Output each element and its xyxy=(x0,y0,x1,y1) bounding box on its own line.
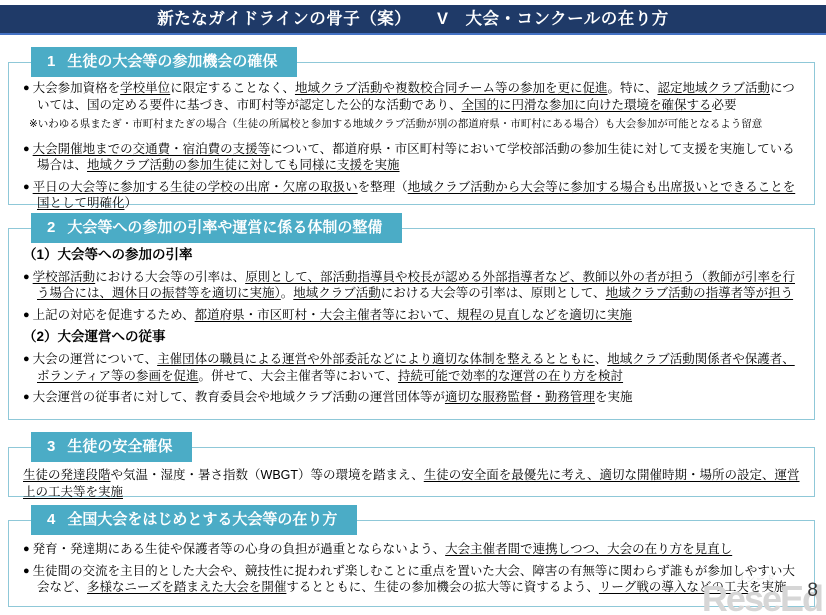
section-number: 3 xyxy=(47,438,55,455)
text-segment: （1）大会等への参加の引率 xyxy=(23,247,193,262)
section-heading-badge: 1生徒の大会等の参加機会の確保 xyxy=(31,47,297,77)
section-heading-badge: 2大会等への参加の引率や運営に係る体制の整備 xyxy=(31,213,402,243)
text-segment: 地域クラブ活動の指導者等が担う xyxy=(606,286,794,300)
subsection-heading: （1）大会等への参加の引率 xyxy=(23,246,804,264)
slide: 新たなガイドラインの骨子（案） V 大会・コンクールの在り方 1生徒の大会等の参… xyxy=(0,0,826,615)
bullet-item: ●学校部活動における大会等の引率は、原則として、部活動指導員や校長が認める外部指… xyxy=(23,269,804,302)
text-segment: ※いわゆる県またぎ・市町村またぎの場合（生徒の所属校と参加する地域クラブ活動が別… xyxy=(29,118,762,130)
text-segment: 大会運営の従事者に対して、教育委員会や地域クラブ活動の運営団体等が xyxy=(33,390,445,404)
section-content: （1）大会等への参加の引率●学校部活動における大会等の引率は、原則として、部活動… xyxy=(9,229,814,406)
text-segment: に限定することなく、 xyxy=(170,81,295,95)
text-segment: 都道府県・市区町村・大会主催者等において、規程の見直しなどを適切に実施 xyxy=(195,308,632,322)
section-number: 1 xyxy=(47,53,55,70)
page-number: 8 xyxy=(807,580,818,602)
note-text: ※いわゆる県またぎ・市町村またぎの場合（生徒の所属校と参加する地域クラブ活動が別… xyxy=(29,118,804,132)
text-segment: 地域クラブ活動や複数校合同チーム等の参加を更に促進 xyxy=(295,81,608,95)
section-box: 4全国大会をはじめとする大会等の在り方●発育・発達期にある生徒や保護者等の心身の… xyxy=(8,520,815,607)
text-segment: 認定地域クラブ活動 xyxy=(657,81,770,95)
text-segment: 。併せて、大会主催者等において、 xyxy=(199,369,399,383)
text-segment: 適切な服務監督・勤務管理 xyxy=(445,390,595,404)
text-segment: 全国的に円滑な参加に向けた環境を確保する xyxy=(462,98,712,112)
text-segment: 持続可能で効率的な運営の在り方を検討 xyxy=(398,369,623,383)
bullet-icon: ● xyxy=(23,391,30,403)
text-segment: 地域クラブ活動の参加生徒に対しても同様に支援を実施 xyxy=(87,158,400,172)
bullet-item: ●大会の運営について、主催団体の職員による運営や外部委託などにより適切な体制を整… xyxy=(23,351,804,384)
text-segment: や気温・湿度・暑さ指数（WBGT）等の環境を踏まえ、 xyxy=(111,468,424,482)
bullet-item: ●大会運営の従事者に対して、教育委員会や地域クラブ活動の運営団体等が適切な服務監… xyxy=(23,389,804,406)
bullet-item: ●大会開催地までの交通費・宿泊費の支援等について、都道府県・市区町村等において学… xyxy=(23,141,804,174)
bullet-item: ●生徒間の交流を主目的とした大会や、競技性に捉われず楽しむことに重点を置いた大会… xyxy=(23,563,804,596)
bullet-item: ●大会参加資格を学校単位に限定することなく、地域クラブ活動や複数校合同チーム等の… xyxy=(23,80,804,113)
text-segment: 大会の運営について、 xyxy=(33,352,158,366)
text-segment: （2）大会運営への従事 xyxy=(23,329,166,344)
text-segment: における大会等の引率は、原則として、 xyxy=(381,286,606,300)
bullet-icon: ● xyxy=(23,309,30,321)
text-segment: を実施 xyxy=(595,390,633,404)
text-segment: を整理（ xyxy=(358,180,408,194)
bullet-icon: ● xyxy=(23,143,30,155)
bullet-item: ●平日の大会等に参加する生徒の学校の出席・欠席の取扱いを整理（地域クラブ活動から… xyxy=(23,179,804,212)
bullet-icon: ● xyxy=(23,565,30,577)
bullet-item: ●発育・発達期にある生徒や保護者等の心身の負担が過重とならないよう、大会主催者間… xyxy=(23,541,804,558)
subsection-heading: （2）大会運営への従事 xyxy=(23,328,804,346)
text-segment: 必要 xyxy=(712,98,737,112)
section-number: 2 xyxy=(47,219,55,236)
section-heading: 全国大会をはじめとする大会等の在り方 xyxy=(67,511,337,528)
text-segment: 学校部活動 xyxy=(33,270,96,284)
text-segment: するとともに、生徒の参加機会の拡大等に資するよう、 xyxy=(286,580,599,594)
text-segment: 大会参加資格を xyxy=(33,81,121,95)
text-segment: 。 xyxy=(281,286,294,300)
text-segment: 、 xyxy=(595,352,608,366)
reseed-watermark: リシード ReseEd xyxy=(702,581,822,615)
section-box: 1生徒の大会等の参加機会の確保●大会参加資格を学校単位に限定することなく、地域ク… xyxy=(8,62,815,205)
section-heading-badge: 3生徒の安全確保 xyxy=(31,432,192,462)
bullet-icon: ● xyxy=(23,271,30,283)
section-content: ●大会参加資格を学校単位に限定することなく、地域クラブ活動や複数校合同チーム等の… xyxy=(9,63,814,212)
page-title: 新たなガイドラインの骨子（案） V 大会・コンクールの在り方 xyxy=(0,5,826,35)
text-segment: 発育・発達期にある生徒や保護者等の心身の負担が過重とならないよう、 xyxy=(33,542,446,556)
text-segment: 生徒の発達段階 xyxy=(23,468,111,482)
text-segment: ） xyxy=(125,196,138,210)
bullet-icon: ● xyxy=(23,82,30,94)
text-segment: 平日の大会等に参加する生徒の学校の出席・欠席の取扱い xyxy=(33,180,358,194)
text-segment: 大会開催地までの交通費・宿泊費の支援等 xyxy=(33,142,271,156)
section-number: 4 xyxy=(47,511,55,528)
watermark-ruby: リシード xyxy=(736,575,776,584)
text-segment: 。特に、 xyxy=(607,81,657,95)
text-segment: 主催団体の職員による運営や外部委託などにより適切な体制を整えるとともに xyxy=(157,352,595,366)
section-box: 2大会等への参加の引率や運営に係る体制の整備（1）大会等への参加の引率●学校部活… xyxy=(8,228,815,420)
section-heading-badge: 4全国大会をはじめとする大会等の在り方 xyxy=(31,505,357,535)
section-heading: 生徒の安全確保 xyxy=(67,438,172,455)
section-heading: 大会等への参加の引率や運営に係る体制の整備 xyxy=(67,219,382,236)
text-segment: 地域クラブ活動 xyxy=(293,286,381,300)
text-segment: 多様なニーズを踏まえた大会を開催 xyxy=(87,580,286,594)
text-segment: 原則として、部活動指導員や校長が認める外部指導者など、教師以外の者が担う xyxy=(245,270,695,284)
text-segment: 大会主催者間で連携しつつ、大会の在り方を見直し xyxy=(445,542,732,556)
text-segment: 上記の対応を促進するため、 xyxy=(33,308,195,322)
paragraph: 生徒の発達段階や気温・湿度・暑さ指数（WBGT）等の環境を踏まえ、生徒の安全面を… xyxy=(23,467,804,500)
section-box: 3生徒の安全確保生徒の発達段階や気温・湿度・暑さ指数（WBGT）等の環境を踏まえ… xyxy=(8,447,815,497)
text-segment: 学校単位 xyxy=(120,81,170,95)
bullet-icon: ● xyxy=(23,181,30,193)
text-segment: における大会等の引率は、 xyxy=(95,270,245,284)
section-heading: 生徒の大会等の参加機会の確保 xyxy=(67,53,277,70)
bullet-icon: ● xyxy=(23,353,30,365)
bullet-item: ●上記の対応を促進するため、都道府県・市区町村・大会主催者等において、規程の見直… xyxy=(23,307,804,324)
bullet-icon: ● xyxy=(23,543,30,555)
